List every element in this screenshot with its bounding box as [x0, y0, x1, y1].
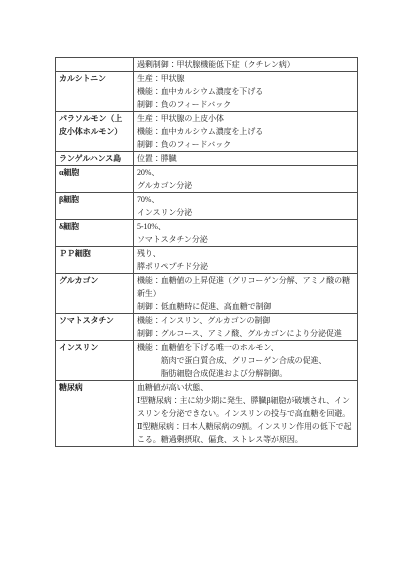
table-row: グルカゴン機能：血糖値の上昇促進（グリコーゲン分解、アミノ酸の糖新生）制御：低血… [56, 274, 358, 314]
content-line: インスリン分泌 [137, 206, 354, 219]
content-line: 機能：血中カルシウム濃度を下げる [137, 85, 354, 98]
content-line: 5-10%、 [137, 220, 354, 233]
content-line: グルカゴン分泌 [137, 179, 354, 192]
row-content-cell: 残り、膵ポリペプチド分泌 [134, 247, 358, 274]
row-label-cell [56, 58, 134, 72]
table-row: カルシトニン生産：甲状腺機能：血中カルシウム濃度を下げる制御：負のフィードバック [56, 72, 358, 112]
row-label-cell: β細胞 [56, 193, 134, 220]
content-line: 血糖値が高い状態、 [137, 381, 354, 394]
document-page: 過剰制御：甲状腺機能低下症（クチレン病）カルシトニン生産：甲状腺機能：血中カルシ… [0, 0, 410, 580]
content-line: Ⅰ型糖尿病：主に幼少期に発生、膵臓β細胞が破壊され、インスリンを分泌できない。イ… [137, 394, 354, 420]
row-label-cell: ランゲルハンス島 [56, 152, 134, 166]
content-line: 機能：インスリン、グルカゴンの制御 [137, 314, 354, 327]
row-content-cell: 生産：甲状腺機能：血中カルシウム濃度を下げる制御：負のフィードバック [134, 72, 358, 112]
content-line: 制御：グルコース、アミノ酸、グルカゴンにより分泌促進 [137, 327, 354, 340]
content-line: Ⅱ型糖尿病：日本人糖尿病の9割。インスリン作用の低下で起こる。糖過剰摂取、偏食、… [137, 420, 354, 446]
content-line: 制御：低血糖時に促進、高血糖で制御 [137, 300, 354, 313]
row-label-cell: インスリン [56, 341, 134, 381]
table-row: β細胞70%、インスリン分泌 [56, 193, 358, 220]
hormone-notes-table-body: 過剰制御：甲状腺機能低下症（クチレン病）カルシトニン生産：甲状腺機能：血中カルシ… [56, 58, 358, 447]
table-row: インスリン機能：血糖値を下げる唯一のホルモン、 筋肉で蛋白質合成、グリコーゲン合… [56, 341, 358, 381]
row-content-cell: 機能：インスリン、グルカゴンの制御制御：グルコース、アミノ酸、グルカゴンにより分… [134, 314, 358, 341]
table-row: ランゲルハンス島位置：膵臓 [56, 152, 358, 166]
row-label-cell: δ細胞 [56, 220, 134, 247]
content-line: 位置：膵臓 [137, 152, 354, 165]
content-line: 制御：負のフィードバック [137, 138, 354, 151]
row-content-cell: 過剰制御：甲状腺機能低下症（クチレン病） [134, 58, 358, 72]
content-line: 過剰制御：甲状腺機能低下症（クチレン病） [137, 58, 354, 71]
content-line: 機能：血糖値の上昇促進（グリコーゲン分解、アミノ酸の糖新生） [137, 274, 354, 300]
content-line: 脂肪細胞合成促進および分解制御。 [137, 367, 354, 380]
content-line: 筋肉で蛋白質合成、グリコーゲン合成の促進、 [137, 354, 354, 367]
table-row: パラソルモン（上皮小体ホルモン）生産：甲状腺の上皮小体機能：血中カルシウム濃度を… [56, 112, 358, 152]
row-label-cell: α細胞 [56, 166, 134, 193]
row-content-cell: 血糖値が高い状態、Ⅰ型糖尿病：主に幼少期に発生、膵臓β細胞が破壊され、インスリン… [134, 381, 358, 447]
table-row: δ細胞5-10%、ソマトスタチン分泌 [56, 220, 358, 247]
row-content-cell: 機能：血糖値の上昇促進（グリコーゲン分解、アミノ酸の糖新生）制御：低血糖時に促進… [134, 274, 358, 314]
content-line: 生産：甲状腺の上皮小体 [137, 112, 354, 125]
row-label-cell: ＰＰ細胞 [56, 247, 134, 274]
row-content-cell: 70%、インスリン分泌 [134, 193, 358, 220]
row-label-cell: ソマトスタチン [56, 314, 134, 341]
table-row: 糖尿病血糖値が高い状態、Ⅰ型糖尿病：主に幼少期に発生、膵臓β細胞が破壊され、イン… [56, 381, 358, 447]
content-line: 膵ポリペプチド分泌 [137, 260, 354, 273]
table-row: ソマトスタチン機能：インスリン、グルカゴンの制御制御：グルコース、アミノ酸、グル… [56, 314, 358, 341]
row-label-cell: カルシトニン [56, 72, 134, 112]
row-content-cell: 位置：膵臓 [134, 152, 358, 166]
content-line: 機能：血中カルシウム濃度を上げる [137, 125, 354, 138]
table-row: α細胞20%、グルカゴン分泌 [56, 166, 358, 193]
content-line: 残り、 [137, 247, 354, 260]
content-line: 20%、 [137, 166, 354, 179]
row-content-cell: 5-10%、ソマトスタチン分泌 [134, 220, 358, 247]
row-content-cell: 機能：血糖値を下げる唯一のホルモン、 筋肉で蛋白質合成、グリコーゲン合成の促進、… [134, 341, 358, 381]
row-label-cell: グルカゴン [56, 274, 134, 314]
row-label-cell: 糖尿病 [56, 381, 134, 447]
table-row: 過剰制御：甲状腺機能低下症（クチレン病） [56, 58, 358, 72]
content-line: 制御：負のフィードバック [137, 98, 354, 111]
table-row: ＰＰ細胞残り、膵ポリペプチド分泌 [56, 247, 358, 274]
content-line: 生産：甲状腺 [137, 72, 354, 85]
row-content-cell: 生産：甲状腺の上皮小体機能：血中カルシウム濃度を上げる制御：負のフィードバック [134, 112, 358, 152]
row-label-cell: パラソルモン（上皮小体ホルモン） [56, 112, 134, 152]
content-line: ソマトスタチン分泌 [137, 233, 354, 246]
content-line: 70%、 [137, 193, 354, 206]
row-content-cell: 20%、グルカゴン分泌 [134, 166, 358, 193]
content-line: 機能：血糖値を下げる唯一のホルモン、 [137, 341, 354, 354]
hormone-notes-table: 過剰制御：甲状腺機能低下症（クチレン病）カルシトニン生産：甲状腺機能：血中カルシ… [55, 57, 358, 447]
